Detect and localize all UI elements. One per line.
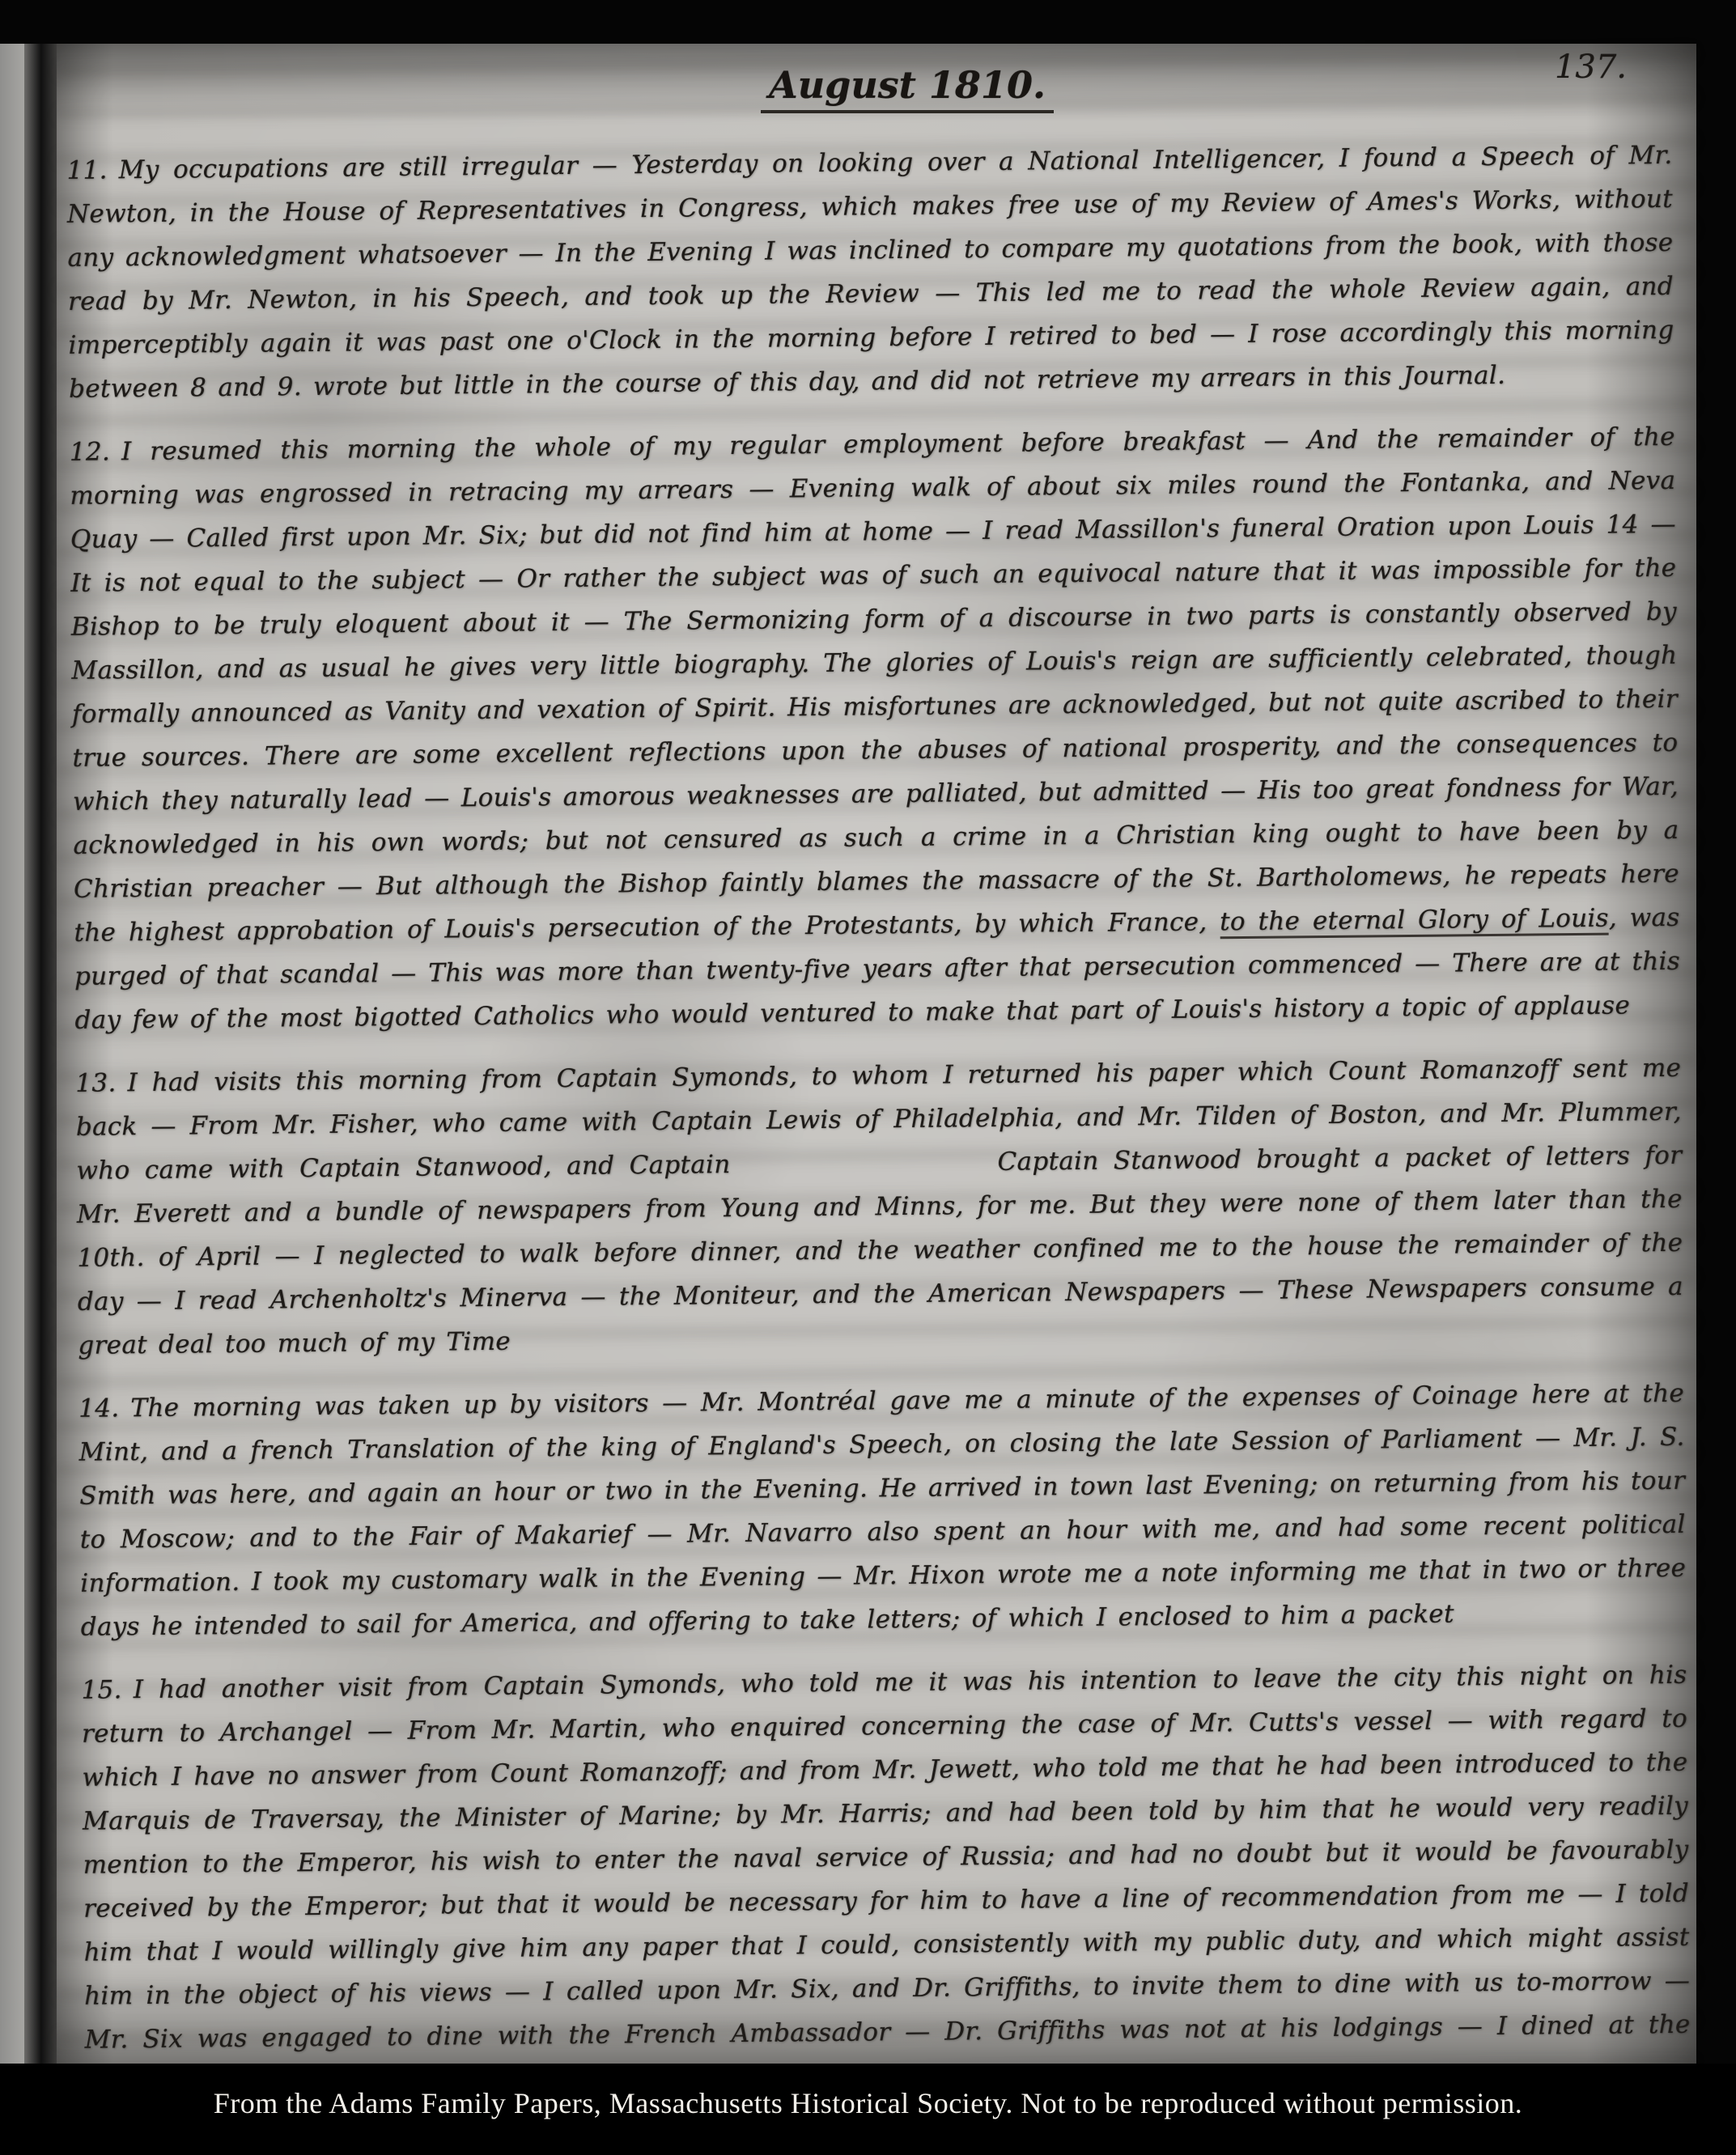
entry-text: My occupations are still irregular — Yes… — [67, 141, 1674, 404]
entry-text: The morning was taken up by visitors — M… — [79, 1379, 1687, 1642]
entry-text: I had another visit from Captain Symonds… — [82, 1661, 1691, 2098]
page-title-text: August 1810. — [761, 63, 1054, 113]
blank-space — [731, 1170, 998, 1173]
underlined-phrase: to the eternal Glory of Louis — [1220, 904, 1609, 940]
footer-credit: From the Adams Family Papers, Massachuse… — [214, 2086, 1522, 2120]
diary-entry-12: 12.I resumed this morning the whole of m… — [70, 415, 1681, 1042]
adjacent-page-edge — [0, 44, 26, 2064]
diary-entry-13: 13.I had visits this morning from Captai… — [75, 1046, 1684, 1368]
page-number: 137. — [1555, 49, 1627, 86]
footer-bar: From the Adams Family Papers, Massachuse… — [0, 2064, 1736, 2155]
entry-number: 14. — [79, 1394, 131, 1423]
scanned-diary-page: August 1810. 137. 11.My occupations are … — [0, 0, 1736, 2155]
diary-entry-15: 15.I had another visit from Captain Symo… — [81, 1653, 1691, 2106]
diary-page: August 1810. 137. 11.My occupations are … — [57, 44, 1696, 2065]
entry-number: 11. — [66, 155, 119, 185]
entry-text: I resumed this morning the whole of my r… — [70, 422, 1679, 948]
entry-number: 13. — [75, 1068, 128, 1098]
diary-entry-14: 14.The morning was taken up by visitors … — [79, 1372, 1687, 1649]
entry-number: 15. — [81, 1675, 134, 1705]
diary-entry-11: 11.My occupations are still irregular — … — [66, 134, 1674, 411]
page-title: August 1810. — [87, 63, 1727, 113]
entry-number: 12. — [70, 437, 122, 467]
manuscript-text: 11.My occupations are still irregular — … — [57, 112, 1715, 2106]
